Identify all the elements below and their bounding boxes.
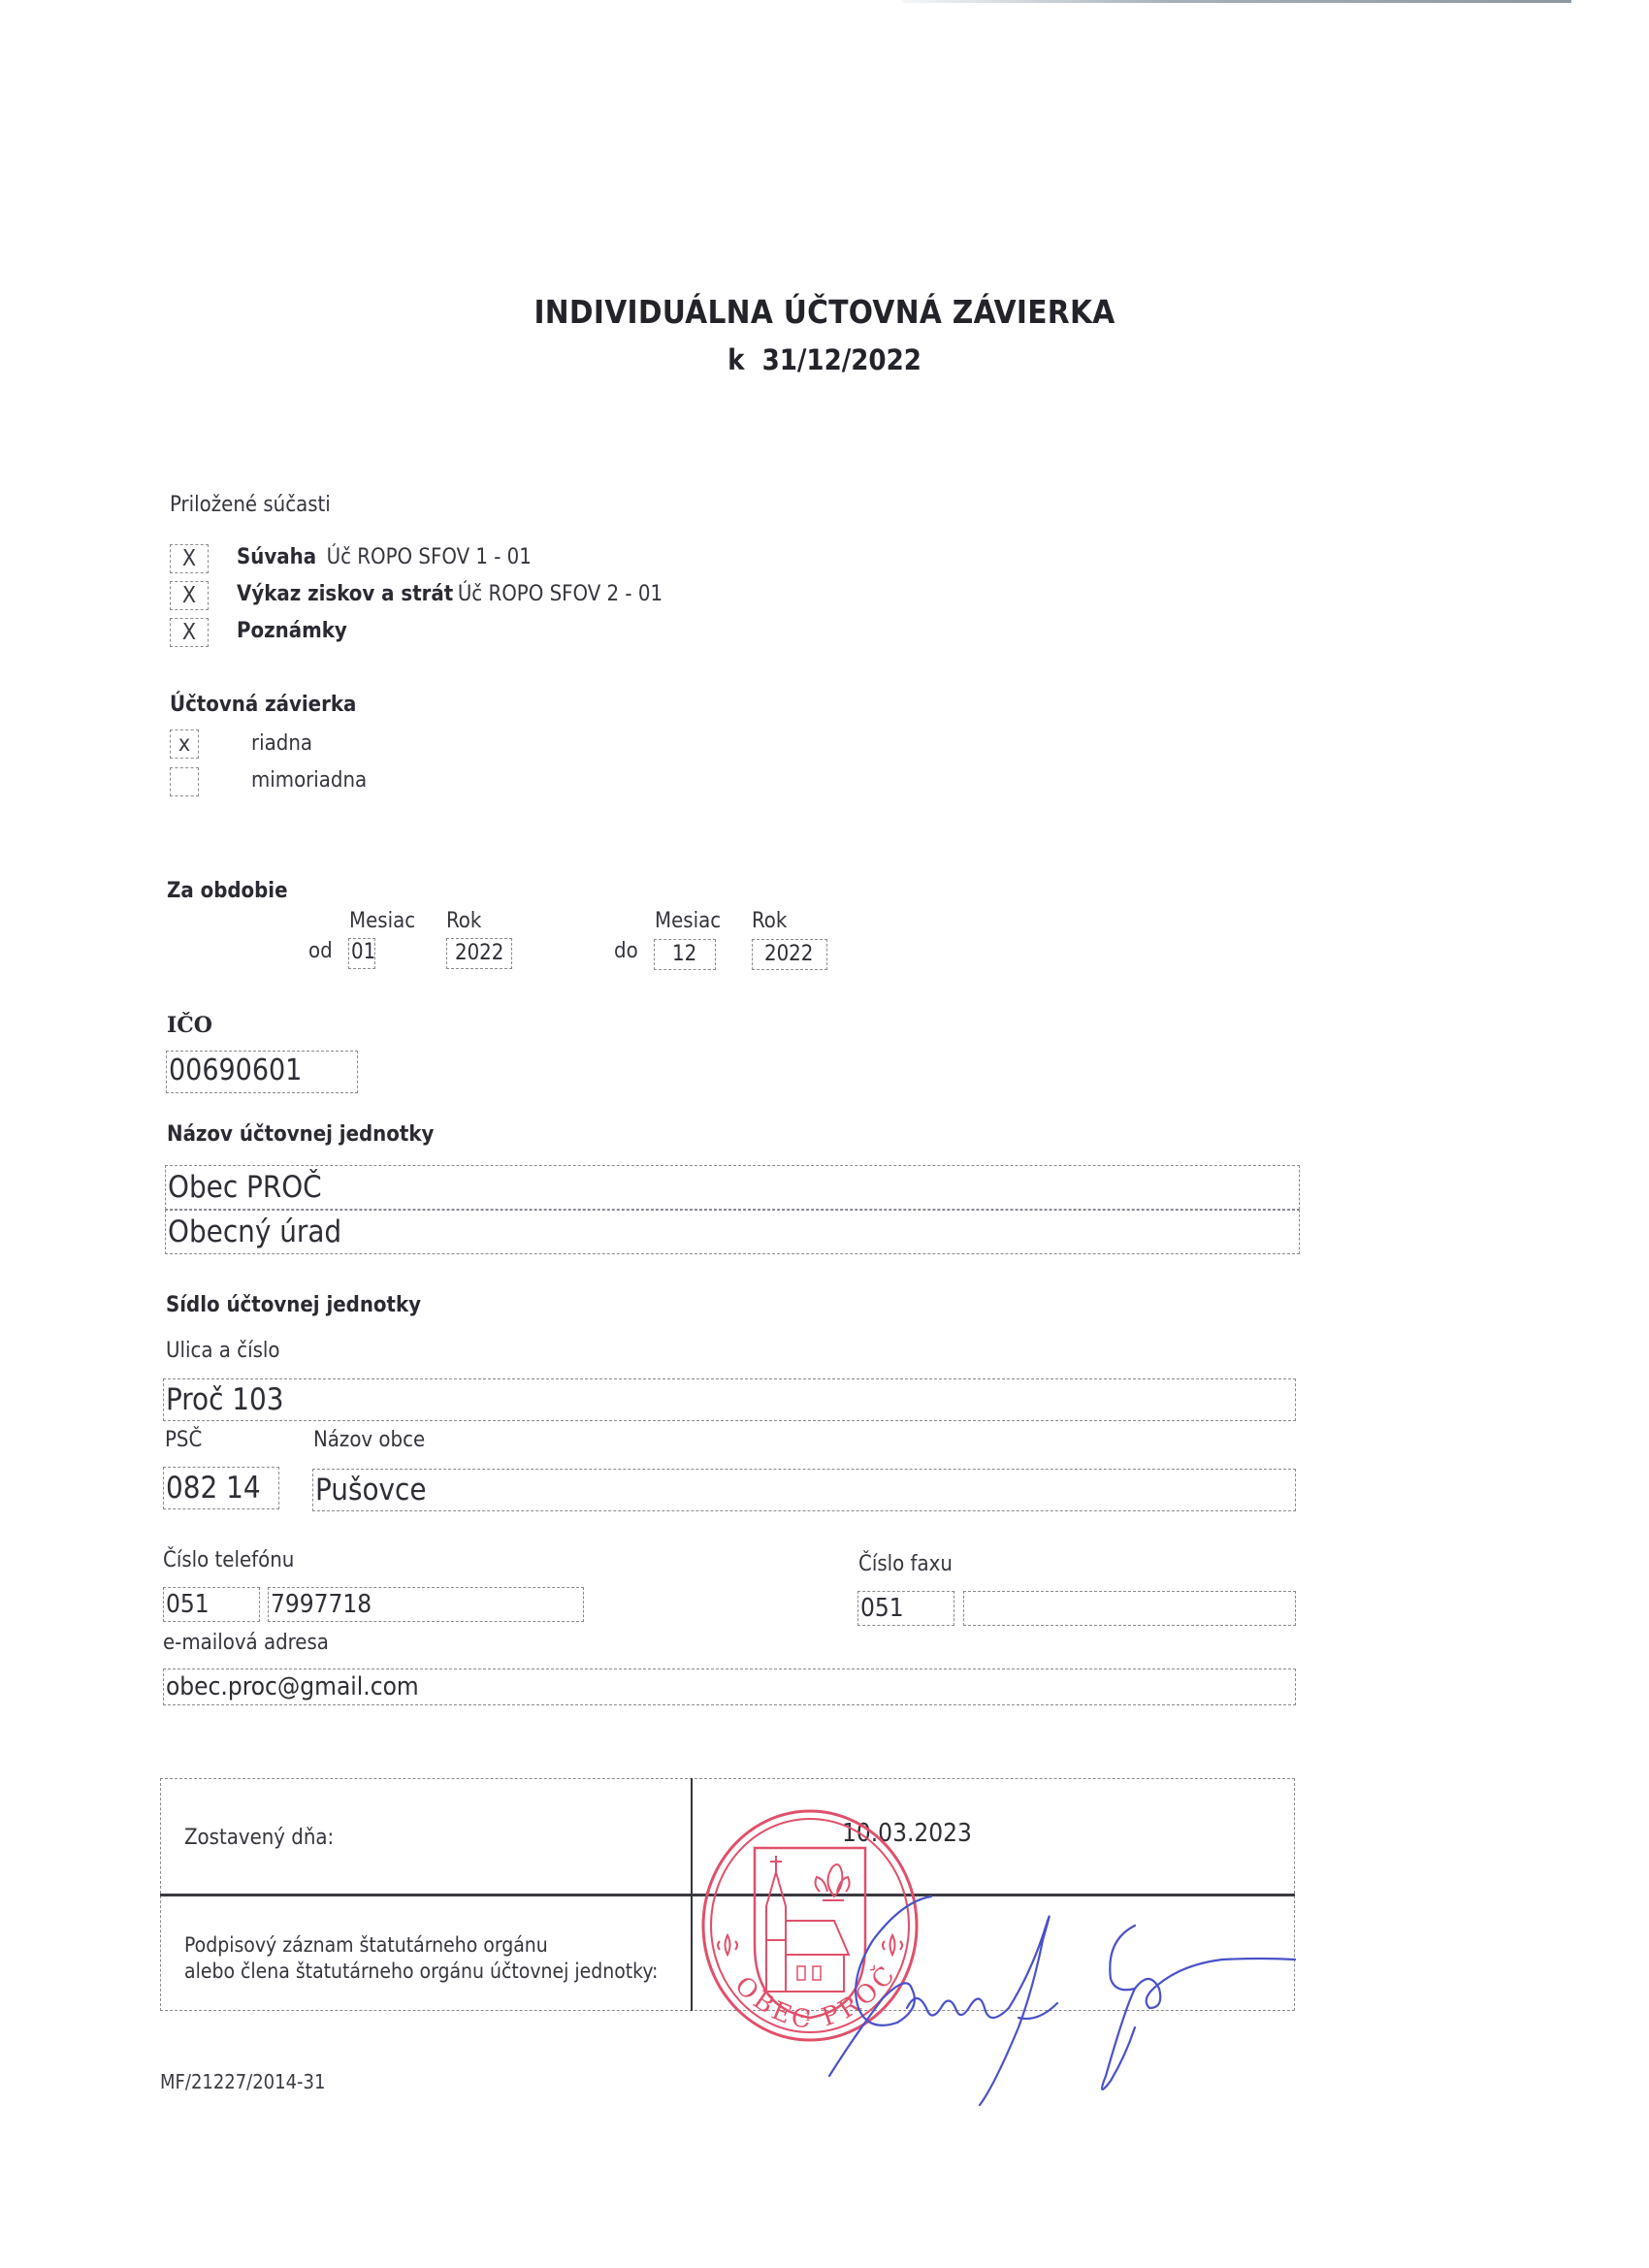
fax-label: Číslo faxu — [858, 1552, 953, 1576]
attachment-suvaha: Súvaha Úč ROPO SFOV 1 - 01 — [237, 545, 532, 569]
checkbox-poznamky[interactable]: X — [170, 618, 209, 647]
zip-label: PSČ — [165, 1428, 202, 1452]
from-month-field[interactable]: 01 — [348, 938, 375, 969]
scan-edge-artifact — [902, 0, 1571, 3]
signature-label-line2: alebo člena štatutárneho orgánu účtovnej… — [184, 1960, 658, 1983]
page-subtitle-date: k 31/12/2022 — [0, 343, 1649, 376]
compiled-date-label: Zostavený dňa: — [184, 1826, 334, 1850]
form-code: MF/21227/2014-31 — [160, 2070, 325, 2093]
from-label: od — [308, 939, 333, 963]
attachment-code: Úč ROPO SFOV 2 - 01 — [458, 582, 663, 606]
attachments-heading: Priložené súčasti — [170, 493, 331, 517]
fax-prefix-field[interactable]: 051 — [857, 1591, 954, 1626]
checkbox-vykaz[interactable]: X — [170, 581, 209, 610]
street-field[interactable]: Proč 103 — [163, 1378, 1296, 1421]
page-title: INDIVIDUÁLNA ÚČTOVNÁ ZÁVIERKA — [0, 293, 1649, 331]
attachment-code: Úč ROPO SFOV 1 - 01 — [327, 545, 532, 569]
zip-field[interactable]: 082 14 — [163, 1467, 279, 1509]
entity-name-line1-field[interactable]: Obec PROČ — [165, 1165, 1300, 1210]
option-riadna-label: riadna — [251, 731, 312, 756]
city-label: Názov obce — [313, 1428, 425, 1452]
entity-name-line2-field[interactable]: Obecný úrad — [165, 1210, 1300, 1254]
checkbox-mimoriadna[interactable] — [170, 767, 199, 796]
period-heading: Za obdobie — [167, 879, 288, 903]
phone-prefix-field[interactable]: 051 — [163, 1587, 260, 1622]
signature-label-line1: Podpisový záznam štatutárneho orgánu — [184, 1933, 548, 1957]
to-label: do — [614, 939, 638, 963]
to-year-label: Rok — [752, 909, 787, 933]
from-month-label: Mesiac — [349, 909, 415, 933]
checkbox-suvaha[interactable]: X — [170, 544, 209, 573]
ico-field[interactable]: 00690601 — [166, 1051, 358, 1093]
email-field[interactable]: obec.proc@gmail.com — [163, 1669, 1296, 1705]
entity-name-label: Názov účtovnej jednotky — [167, 1122, 434, 1147]
attachment-poznamky: Poznámky — [237, 619, 347, 643]
attachment-vykaz: Výkaz ziskov a strát Úč ROPO SFOV 2 - 01 — [237, 582, 663, 606]
fax-number-field[interactable] — [963, 1591, 1296, 1626]
attachment-name: Súvaha — [237, 545, 316, 569]
to-month-label: Mesiac — [655, 909, 721, 933]
city-field[interactable]: Pušovce — [312, 1469, 1296, 1511]
phone-number-field[interactable]: 7997718 — [268, 1587, 584, 1622]
street-label: Ulica a číslo — [166, 1339, 280, 1363]
from-year-field[interactable]: 2022 — [446, 938, 512, 969]
address-heading: Sídlo účtovnej jednotky — [166, 1293, 421, 1317]
phone-label: Číslo telefónu — [163, 1548, 294, 1572]
attachment-name: Poznámky — [237, 619, 347, 643]
to-month-field[interactable]: 12 — [654, 939, 716, 970]
option-mimoriadna-label: mimoriadna — [251, 768, 367, 793]
attachment-name: Výkaz ziskov a strát — [237, 582, 453, 606]
to-year-field[interactable]: 2022 — [752, 939, 827, 970]
handwritten-signature-icon — [815, 1863, 1300, 2115]
statement-type-heading: Účtovná závierka — [170, 693, 356, 717]
checkbox-riadna[interactable]: x — [170, 729, 199, 759]
from-year-label: Rok — [446, 909, 481, 933]
ico-label: IČO — [167, 1013, 212, 1038]
email-label: e-mailová adresa — [163, 1631, 329, 1655]
